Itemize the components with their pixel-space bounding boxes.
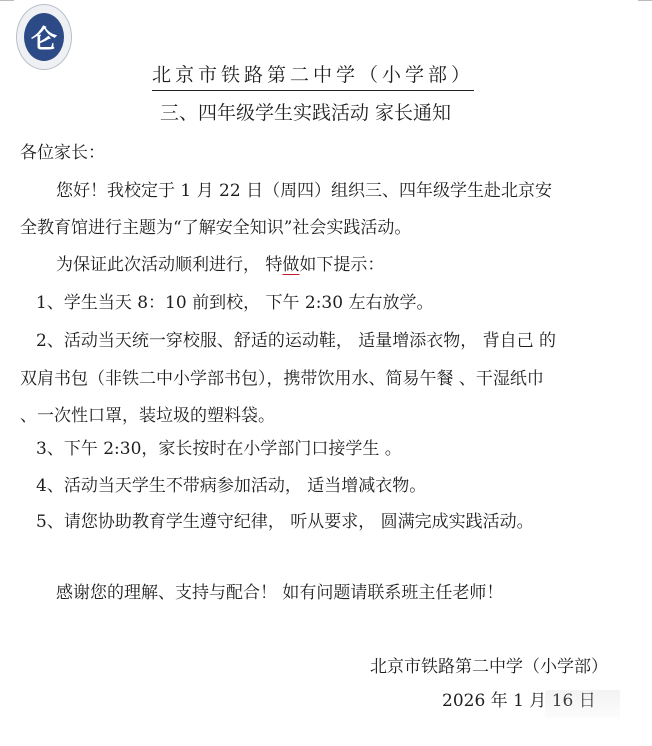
intro-line-1: 您好！我校定于 1 月 22 日（周四）组织三、四年级学生赴北京安 bbox=[56, 176, 552, 201]
list-item-2-cont: 双肩书包（非铁二中小学部书包），携带饮用水、简易午餐 、干湿纸巾 bbox=[20, 364, 544, 389]
school-emblem-icon: 仑 bbox=[24, 13, 64, 61]
list-item-4: 4、活动当天学生不带病参加活动， 适当增减衣物。 bbox=[36, 471, 426, 496]
signature: 北京市铁路第二中学（小学部） bbox=[370, 652, 608, 677]
notice-subtitle: 三、四年级学生实践活动 家长通知 bbox=[160, 98, 451, 125]
closing-line: 感谢您的理解、支持与配合！ 如有问题请联系班主任老师！ bbox=[56, 578, 503, 603]
watermark bbox=[545, 690, 620, 718]
salutation: 各位家长： bbox=[20, 138, 105, 163]
intro-line-2: 全教育馆进行主题为“了解安全知识”社会实践活动。 bbox=[20, 213, 411, 238]
reminder-line: 为保证此次活动顺利进行， 特做如下提示： bbox=[56, 250, 384, 275]
reminder-suffix: 如下提示： bbox=[299, 255, 384, 275]
underlined-word: 做 bbox=[282, 255, 299, 275]
corner-mark-left bbox=[0, 0, 14, 4]
list-item-1: 1、学生当天 8：10 前到校， 下午 2:30 左右放学。 bbox=[36, 288, 433, 313]
list-item-5: 5、请您协助教育学生遵守纪律， 听从要求， 圆满完成实践活动。 bbox=[36, 507, 534, 532]
reminder-prefix: 为保证此次活动顺利进行， 特 bbox=[56, 255, 282, 275]
school-title: 北京市铁路第二中学（小学部） bbox=[152, 60, 474, 91]
school-logo: 仑 bbox=[16, 4, 72, 70]
list-item-2-cont2: 、一次性口罩，装垃圾的塑料袋。 bbox=[20, 401, 275, 426]
corner-mark-right bbox=[638, 0, 652, 4]
list-item-2: 2、活动当天统一穿校服、舒适的运动鞋， 适量增添衣物， 背自己 的 bbox=[36, 326, 556, 351]
list-item-3: 3、下午 2:30，家长按时在小学部门口接学生 。 bbox=[36, 434, 402, 459]
